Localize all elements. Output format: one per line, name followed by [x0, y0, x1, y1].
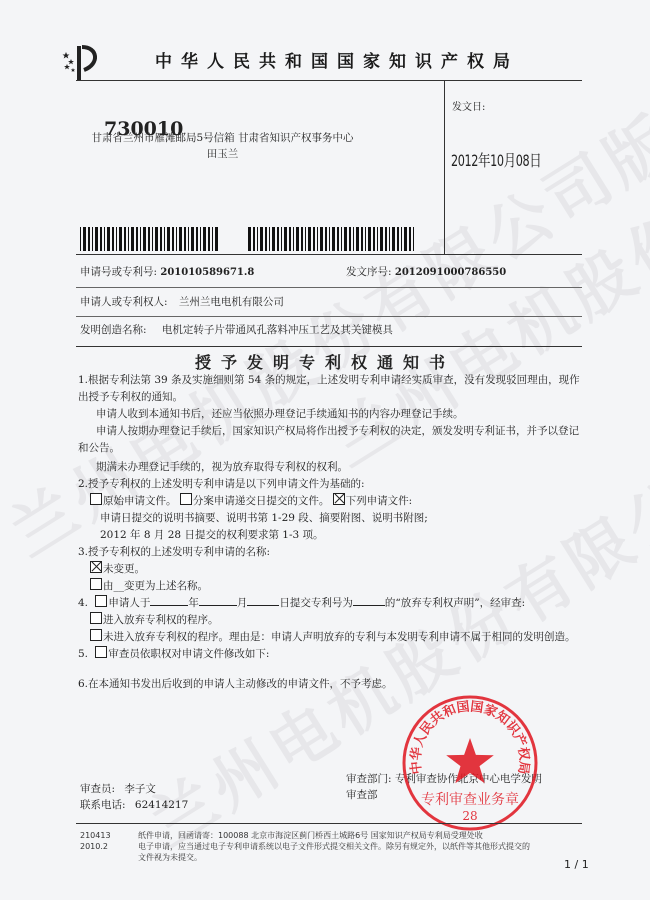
blank-day[interactable]	[247, 605, 279, 606]
checkbox-name-changed[interactable]	[90, 578, 102, 590]
barcode-left	[80, 227, 220, 251]
phone-number: 62414217	[135, 799, 188, 811]
barcode-right	[248, 227, 414, 251]
para-4-line: 4. 申请人于年月日提交专利号为的“放弃专利权声明”，经审查:	[78, 595, 525, 612]
para-3-option-2: 由__变更为上述名称。	[90, 578, 208, 595]
checkbox-divisional-documents[interactable]	[180, 493, 192, 505]
option-label: 未进入放弃专利权的程序。理由是：申请人声明放弃的专利与本发明专利申请不属于相同的…	[103, 631, 576, 643]
checkbox-original-documents[interactable]	[90, 493, 102, 505]
blank-patent-number[interactable]	[353, 605, 385, 606]
para-1-line-6: 期满未办理登记手续的，视为放弃取得专利权的权利。	[96, 459, 348, 476]
para-2-options: 原始申请文件。 分案申请递交日提交的文件。 下列申请文件:	[90, 493, 412, 510]
para-6: 6.在本通知书发出后收到的申请人主动修改的申请文件，不予考虑。	[78, 676, 393, 693]
option-label: 分案申请递交日提交的文件。	[193, 495, 330, 507]
blank-month[interactable]	[199, 605, 237, 606]
divider	[76, 254, 582, 255]
mailing-address: 甘肃省兰州市雁滩邮局5号信箱 甘肃省知识产权事务中心	[60, 130, 385, 145]
applicant-name: 兰州兰电电机有限公司	[179, 296, 284, 308]
year-label: 年	[188, 597, 199, 609]
serial-number-row: 发文序号: 2012091000786550	[346, 264, 506, 279]
applicant-row: 申请人或专利权人: 兰州兰电电机有限公司	[80, 294, 284, 309]
month-label: 月	[237, 597, 248, 609]
invention-title: 电机定转子片带通风孔落料冲压工艺及其关键模具	[162, 324, 393, 336]
option-label: 原始申请文件。	[103, 495, 177, 507]
page-number: 1 / 1	[564, 858, 589, 871]
dispatch-date: 2012年10月08日	[451, 148, 541, 171]
checkbox-waiver-statement[interactable]	[95, 595, 107, 607]
checkbox-enter-waiver[interactable]	[90, 612, 102, 624]
divider	[76, 316, 582, 317]
invention-title-label: 发明创造名称:	[80, 324, 147, 336]
invention-row: 发明创造名称: 电机定转子片带通风孔落料冲压工艺及其关键模具	[80, 322, 393, 337]
checkbox-examiner-amendment[interactable]	[95, 646, 107, 658]
para-2-detail-2: 2012 年 8 月 28 日提交的权利要求第 1-3 项。	[100, 527, 324, 544]
footer-line-2: 电子申请，应当通过电子专利申请系统以电子文件形式提交相关文件。除另有规定外，以纸…	[138, 841, 530, 852]
para-1-line-4: 申请人按期办理登记手续后，国家知识产权局将作出授予专利权的决定，颁发发明专利证书…	[96, 423, 579, 440]
seal-center-text: 专利审查业务章	[421, 791, 519, 808]
application-number-label: 申请号或专利号:	[80, 266, 157, 278]
official-seal: 中华人民共和国国家知识产权局 专利审查业务章 28	[395, 688, 545, 838]
form-code: 210413	[80, 830, 111, 841]
para-3-option-1: 未变更。	[90, 561, 145, 578]
office-title: 中华人民共和国国家知识产权局	[155, 47, 519, 72]
column-divider	[444, 80, 445, 254]
option-label: 进入放弃专利权的程序。	[103, 614, 219, 626]
para-5: 5. 审查员依职权对申请文件修改如下:	[78, 646, 269, 663]
department-label: 审查部门:	[346, 773, 392, 785]
checkbox-listed-documents[interactable]	[333, 493, 345, 505]
para-4-number: 4.	[78, 597, 88, 609]
form-version: 2010.2	[80, 841, 108, 852]
para-1-line-3: 申请人收到本通知书后，还应当依照办理登记手续通知书的内容办理登记手续。	[96, 406, 464, 423]
option-label: 由__变更为上述名称。	[103, 580, 208, 592]
waiver-text: 日提交专利号为	[279, 597, 353, 609]
footer-line-3: 文件视为未提交。	[138, 852, 202, 863]
notice-title: 授予发明专利权通知书	[0, 350, 650, 373]
divider	[76, 346, 582, 347]
para-5-label: 审查员依职权对申请文件修改如下:	[108, 648, 269, 660]
serial-number-label: 发文序号:	[346, 266, 392, 278]
option-label: 下列申请文件:	[346, 495, 413, 507]
phone-row: 联系电话: 62414217	[80, 797, 188, 812]
phone-label: 联系电话:	[80, 799, 126, 811]
para-5-number: 5.	[78, 648, 88, 660]
para-1-line-2: 出授予专利权的通知。	[78, 389, 183, 406]
dispatch-date-label: 发文日:	[452, 98, 485, 113]
header-divider	[76, 80, 582, 81]
cnipa-logo-icon	[62, 42, 102, 82]
para-2-detail-1: 申请日提交的说明书摘要、说明书第 1-29 段、摘要附图、说明书附图;	[100, 510, 428, 527]
para-3-title: 3.授予专利权的上述发明专利申请的名称:	[78, 544, 270, 561]
examiner-row: 审查员: 李子文	[80, 781, 156, 796]
application-number-row: 申请号或专利号: 201010589671.8	[80, 264, 254, 279]
seal-number: 28	[462, 809, 477, 823]
blank-year[interactable]	[150, 605, 188, 606]
waiver-text: 申请人于	[108, 597, 150, 609]
patent-grant-notice: 兰州电机股份有限公司版权所有 兰州电机股份有限公司版权所有 兰州电机股份有限公司…	[0, 0, 650, 900]
waiver-text: 的“放弃专利权声明”，经审查:	[385, 597, 525, 609]
para-1-line-1: 1.根据专利法第 39 条及实施细则第 54 条的规定，上述发明专利申请经实质审…	[78, 372, 580, 389]
para-2-title: 2.授予专利权的上述发明专利申请是以下列申请文件为基础的:	[78, 476, 365, 493]
examiner-label: 审查员:	[80, 783, 115, 795]
examiner-name: 李子文	[124, 783, 156, 795]
checkbox-not-enter-waiver[interactable]	[90, 629, 102, 641]
applicant-label: 申请人或专利权人:	[80, 296, 168, 308]
para-4-option-2: 未进入放弃专利权的程序。理由是：申请人声明放弃的专利与本发明专利申请不属于相同的…	[90, 629, 576, 646]
para-4-option-1: 进入放弃专利权的程序。	[90, 612, 219, 629]
divider	[76, 287, 582, 288]
para-1-line-5: 和公告。	[78, 440, 120, 457]
option-label: 未变更。	[103, 563, 145, 575]
department-line-2: 审查部	[346, 787, 378, 802]
application-number: 201010589671.8	[160, 267, 254, 278]
recipient-name: 田玉兰	[60, 146, 385, 161]
footer-divider	[76, 823, 582, 824]
footer-line-1: 纸件申请，回函请寄：100088 北京市海淀区蓟门桥西土城路6号 国家知识产权局…	[138, 830, 483, 841]
checkbox-name-unchanged[interactable]	[90, 561, 102, 573]
serial-number: 2012091000786550	[395, 267, 506, 278]
